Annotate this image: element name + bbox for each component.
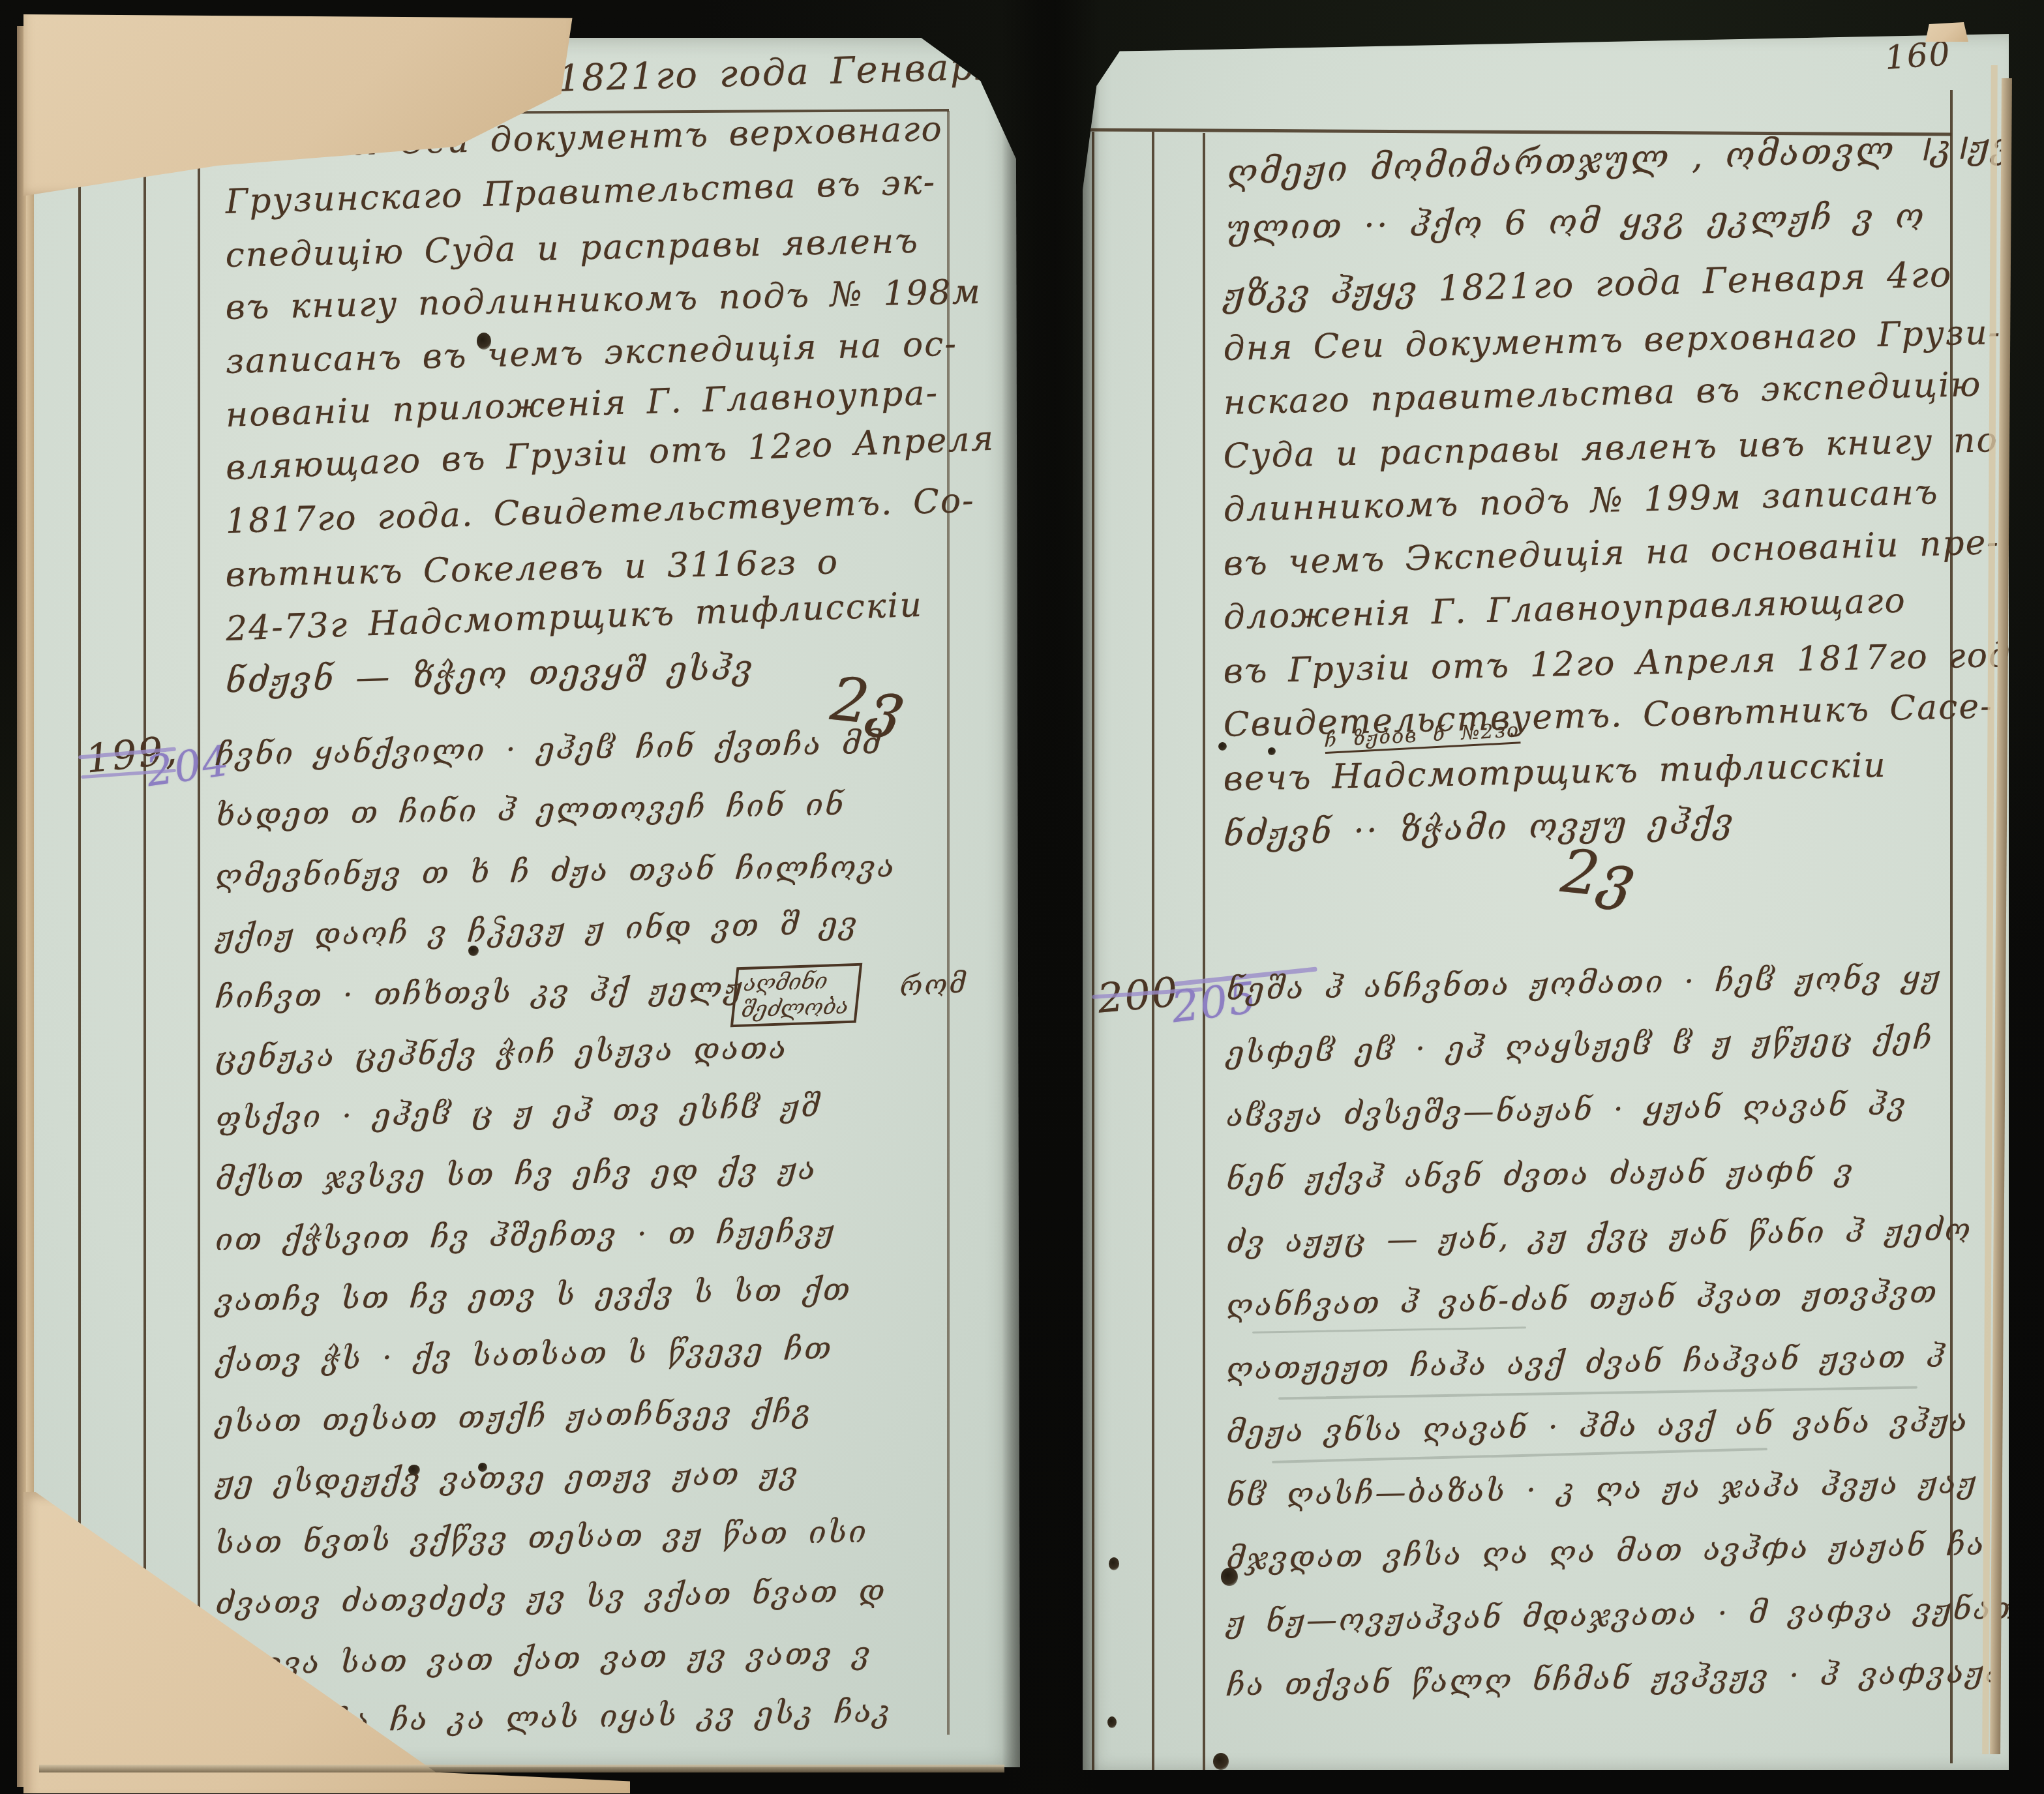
right-page: 160 ღმეჟი მომიმართჯულ , ომათვლ ।კ।ჟვ ული… <box>1083 34 2009 1770</box>
after-box-word: რომ <box>899 967 969 1002</box>
record-line: спедицію Суда и расправы явленъ <box>225 222 919 275</box>
georgian-line: ჩა თქვან წალღ ნჩმან ჟვჰვჟვ · ჰ ვაჶვაჟა <box>1226 1654 2005 1703</box>
georgian-line: ქათვ ჭს · ქვ სათსათ ს წვევე ჩთ <box>215 1330 834 1379</box>
worm-hole <box>1107 1716 1117 1728</box>
georgian-line: ჩიჩვთ · თჩხთვს კვ ჰქ ჟელჟ <box>215 970 744 1015</box>
record-line: 24-73г Надсмотрщикъ тифлисскіи <box>225 586 924 649</box>
record-line: Суда и расправы явленъ ивъ книгу по- <box>1223 421 2009 476</box>
georgian-line: მქსთ ჯვსვე სთ ჩვ ეჩვ ედ ქვ ჟა <box>215 1151 817 1197</box>
worm-hole <box>1221 1568 1238 1586</box>
worm-hole <box>1213 1753 1229 1770</box>
right-margin-rule-2 <box>1152 132 1154 1770</box>
georgian-line: ნენ ჟქვჰ ანვნ ძვთა ძაჟან ჟაჶნ ვ <box>1226 1153 1855 1197</box>
georgian-line: აჱვჟა ძვსეშვ—ნაჟან · ყჟან ღავან ჰვ <box>1226 1086 1908 1134</box>
georgian-line: ღათჟეჟთ ჩაჰა ავქ ძვან ჩაჰვან ჟვათ ჰ <box>1226 1339 1947 1387</box>
georgian-header-line: ულით ·· ჰქო 6 ომ ყვჷ ეკლჟჩ ვ ო <box>1226 196 1926 248</box>
record-line: ჟზკვ ჰჟყვ 1821го года Генваря 4го <box>1223 254 1953 315</box>
worm-hole <box>408 1465 420 1475</box>
record-line: дложенія Г. Главноуправляющаго <box>1223 581 1906 637</box>
boxed-correction-note: აღმინი შეძლობა <box>730 963 862 1028</box>
georgian-line: ნჱ ღასჩ—ბაზას · კ ღა ჟა ჯაჰა ჰვჟა ჟაჟ <box>1226 1465 1978 1514</box>
georgian-line: ნეშა ჰ ანჩვნთა ჟომათი · ჩეჱ ჟონვ ყჟ <box>1226 959 1942 1008</box>
record-line: записанъ въ чемъ экспедиція на ос- <box>225 325 958 381</box>
georgian-line: ძვათვ ძათვძეძვ ჟვ სვ ვქათ ნვათ დ <box>215 1573 887 1622</box>
georgian-line: ცენჟკა ცეჰნქვ ჭიჩ ესჟვა დათა <box>215 1030 788 1076</box>
georgian-line: ეთვვა სათ ვათ ქათ ვათ ჟვ ვათვ ვ <box>215 1635 872 1682</box>
worm-hole <box>478 1463 487 1472</box>
georgian-line: ით ქჭსვით ჩვ ჰშეჩთვ · თ ჩჟეჩვჟ <box>215 1214 836 1258</box>
boxed-note-line: შეძლობა <box>740 993 850 1023</box>
record-line: 1817го года. Свидетельствуетъ. Со- <box>225 481 975 541</box>
georgian-line: ესჶეჱ ეჱ · ეჰ ღაყსჟეჱ ჱ ჟ ჟწჟეც ქეჩ <box>1226 1020 1934 1071</box>
worm-hole <box>1218 742 1227 751</box>
tan-tab-top-right <box>1923 22 1968 42</box>
boxed-note-line: აღმინი <box>743 967 853 997</box>
georgian-line: სათ ნვთს ვქწვვ თესათ ვჟ წათ ისი <box>215 1514 868 1561</box>
record-line: длинникомъ подъ № 199м записанъ <box>1223 473 1939 530</box>
pencil-smudge <box>1272 1448 1767 1463</box>
manuscript-scan: { "folio_number": "160", "ink_colors": {… <box>0 0 2044 1794</box>
georgian-line: ესათ თესათ თჟქჩ ჟათჩნვევ ქჩგ <box>215 1394 813 1440</box>
georgian-signature-line: ნძჟვნ — ზჭეო თევყშ ესჰვ <box>225 648 755 701</box>
record-line: Грузинскаго Правительства въ эк- <box>225 163 937 222</box>
left-margin-rule-3 <box>198 108 200 1766</box>
left-margin-rule-1 <box>78 106 81 1766</box>
record-line: въ чемъ Экспедиція на основаніи пре- <box>1223 523 2000 584</box>
georgian-line: ჟ ნჟ—ოვჟაჰვან მდაჯვათა · მ ვაჶვა ვჟნათ <box>1226 1591 2009 1640</box>
worm-hole <box>468 946 479 956</box>
georgian-line: ჟე ესდეჟქვ ვათვე ეთჟვ ჟათ ჟვ <box>215 1456 800 1501</box>
signature-flourish: 2ვ <box>1558 836 1640 913</box>
georgian-line: ფსქვი · ეჰეჱ ც ჟ ეჰ თვ ესჩჱ ჟშ <box>215 1088 822 1137</box>
pencil-smudge <box>1252 1326 1526 1333</box>
worm-hole <box>1109 1557 1119 1570</box>
record-line: въ Грузіи отъ 12го Апреля 1817го года <box>1223 635 2009 691</box>
bottom-page-edge <box>39 1765 1004 1772</box>
georgian-line: ჩვნი ყანქვილი · ეჰეჱ ჩინ ქვთჩა მმ <box>215 725 882 773</box>
record-line: вѣтникъ Сокелевъ и 3116гз о <box>225 543 839 595</box>
georgian-line: მჯვდათ ვჩსა ღა ღა მათ ავჰჶა ჟაჟან ჩა <box>1226 1527 1986 1577</box>
georgian-line: ღანჩვათ ჰ ვან-ძან თჟან ჰვათ ჟთვჰვთ <box>1226 1274 1939 1324</box>
record-line: въ книгу подлинникомъ подъ № 198м <box>225 273 982 327</box>
georgian-line: ხადეთ თ ჩინი ჰ ელთოვეჩ ჩინ ინ <box>215 786 845 833</box>
georgian-line: ჟქიჟ დაოჩ ვ ჩჴევჟ ჟ ინდ ვთ შ ევ <box>215 905 859 955</box>
georgian-line: ძვ აჟჟც — ჟან, კჟ ქვც ჟან წანი ჰ ჟეძო <box>1226 1212 1972 1261</box>
right-margin-rule-3 <box>1203 133 1205 1770</box>
pencil-smudge <box>1278 1386 1917 1399</box>
record-line: вечъ Надсмотрщикъ тифлисскіи <box>1223 746 1887 799</box>
georgian-signature-line: ნძჟვნ ·· ზჭამი ოვჟუ ეჰქვ <box>1223 801 1736 854</box>
left-margin-rule-2 <box>143 106 146 1766</box>
ink-blot <box>477 333 491 350</box>
georgian-line: მეჟა ვნსა ღავან · ჰმა ავქ ან ვანა ვჰჟა <box>1226 1403 1969 1450</box>
left-page: ჴ ჰზკვ ჰჟყვ 1821го года Генваря 4го дня … <box>31 38 1020 1767</box>
worm-hole <box>1268 747 1276 755</box>
gutter-shadow <box>1002 0 1100 1794</box>
record-line: дня Сеи документъ верховнаго Грузи- <box>1223 313 2002 368</box>
record-line: нскаго правительства въ экспедицію <box>1223 365 1982 423</box>
georgian-line: ვათჩვ სთ ჩვ ეთვ ს ევქვ ს სთ ქთ <box>215 1272 852 1319</box>
georgian-line: ღმევნინჟვ თ ხ ჩ ძჟა თვან ჩილჩოვა <box>215 848 896 894</box>
